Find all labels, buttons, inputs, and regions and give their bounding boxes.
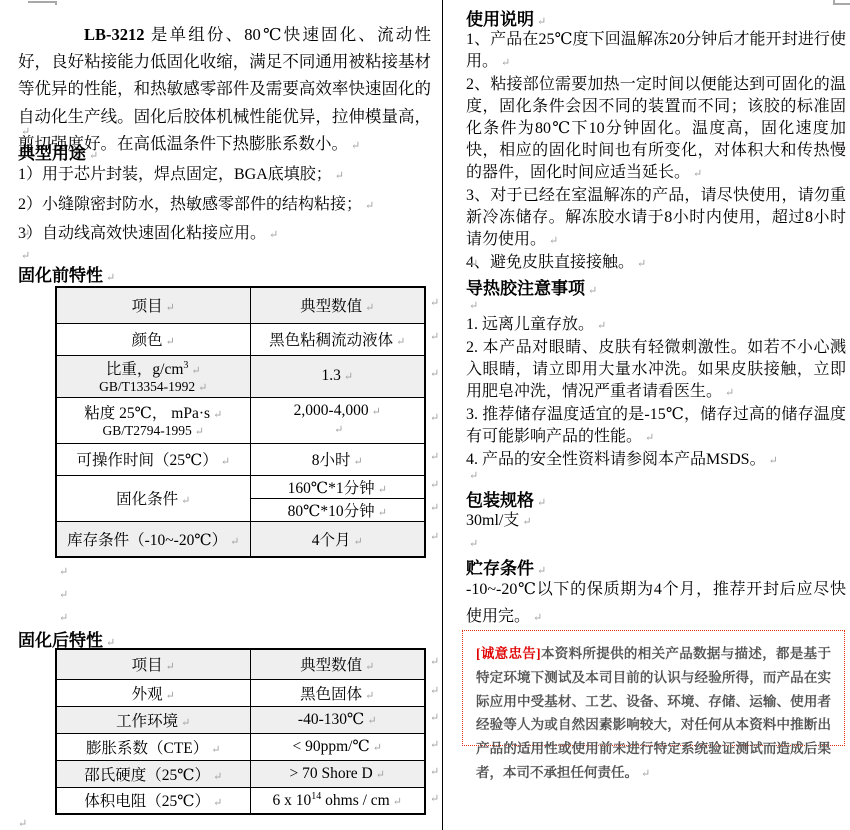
- paragraph-mark: [18, 224, 30, 242]
- list-item: 3、对于已经在室温解冻的产品，请尽快使用，请勿重新冷冻储存。解冻胶水请于8小时内…: [466, 185, 846, 252]
- disclaimer-text: 本资料所提供的相关产品数据与描述，都是基于特定环境下测试及本司目前的认识与经验所…: [476, 646, 831, 780]
- table-row: 工作环境 -40-130℃: [56, 706, 425, 733]
- table-row: 可操作时间（25℃） 8小时: [56, 443, 425, 475]
- list-item: 3）自动线高效快速固化粘接应用。: [18, 220, 431, 250]
- paragraph-mark: [466, 296, 478, 314]
- paragraph-mark: [56, 562, 68, 580]
- cropped-artifact-top-left: [28, 1, 57, 3]
- document-page: LB-3212 是单组份、80℃快速固化、流动性好，良好粘接能力低固化收缩，满足…: [0, 0, 850, 830]
- section-title-precautions: 导热胶注意事项: [466, 274, 597, 299]
- table-row: 外观 黑色固体: [56, 679, 425, 706]
- paragraph-mark: [466, 534, 478, 552]
- paragraph-mark: [466, 466, 478, 484]
- post-cure-table: 项目 典型数值 外观 黑色固体 工作环境 -40-130℃ 膨胀系数（CTE） …: [55, 648, 426, 815]
- table-row: 体积电阻（25℃） 6 x 1014 ohms / cm: [56, 787, 425, 814]
- disclaimer-box: [诚意忠告]本资料所提供的相关产品数据与描述，都是基于特定环境下测试及本司目前的…: [462, 630, 845, 746]
- paragraph-mark: [18, 122, 30, 140]
- paragraph-mark: [56, 608, 68, 626]
- intro-text: 是单组份、80℃快速固化、流动性好，良好粘接能力低固化收缩，满足不同通用被粘接基…: [18, 25, 431, 154]
- list-item: 2）小缝隙密封防水，热敏感零部件的结构粘接；: [18, 191, 431, 221]
- typical-uses-list: 1）用于芯片封装，焊点固定，BGA底填胶； 2）小缝隙密封防水，热敏感零部件的结…: [18, 161, 431, 250]
- table-row: 库存条件（-10~-20℃） 4个月: [56, 521, 425, 557]
- section-title-usage: 使用说明: [466, 5, 546, 30]
- disclaimer-label: [诚意忠告]: [476, 646, 541, 661]
- list-item: 2、粘接部位需要加热一定时间以便能达到可固化的温度，固化条件会因不同的装置而不同…: [466, 74, 846, 185]
- list-item: 2. 本产品对眼睛、皮肤有轻微刺激性。如若不小心溅入眼睛，请立即用大量水冲洗。如…: [466, 337, 846, 404]
- section-title-pre-cure: 固化前特性: [18, 261, 115, 286]
- paragraph-mark: [255, 420, 421, 438]
- storage-text: -10~-20℃以下的保质期为4个月，推荐开封后应尽快使用完。: [466, 576, 846, 632]
- paragraph-mark: [466, 254, 478, 272]
- table-row: 比重，g/cm3 GB/T13354-1992 1.3: [56, 355, 425, 397]
- table-row: 固化条件 160℃*1分钟: [56, 475, 425, 498]
- product-code: LB-3212: [84, 25, 145, 44]
- list-item: 4、避免皮肤直接接触。: [466, 252, 846, 275]
- column-header: 项目: [132, 298, 175, 315]
- paragraph-mark: [56, 585, 68, 603]
- usage-instructions-list: 1、产品在25℃度下回温解冻20分钟后才能开封进行使用。 2、粘接部位需要加热一…: [466, 29, 846, 275]
- table-header-row: 项目 典型数值: [56, 287, 425, 323]
- table-header-row: 项目 典型数值: [56, 649, 425, 679]
- precautions-list: 1. 远离儿童存放。 2. 本产品对眼睛、皮肤有轻微刺激性。如若不小心溅入眼睛，…: [466, 314, 846, 472]
- list-item: 3. 推荐储存温度适宜的是-15℃，储存过高的储存温度有可能影响产品的性能。: [466, 404, 846, 449]
- packaging-value: 30ml/支: [466, 510, 846, 533]
- column-header: 典型数值: [300, 298, 374, 315]
- column-divider: [442, 0, 443, 830]
- table-row: 粘度 25℃， mPa·s GB/T2794-1995 2,000-4,000: [56, 397, 425, 443]
- column-header: 项目: [132, 657, 175, 674]
- paragraph-mark: [15, 814, 27, 830]
- table-row: 颜色 黑色粘稠流动液体: [56, 323, 425, 355]
- list-item: 1、产品在25℃度下回温解冻20分钟后才能开封进行使用。: [466, 29, 846, 74]
- table-row: 膨胀系数（CTE） < 90ppm/℃: [56, 733, 425, 760]
- section-title-packaging: 包装规格: [466, 486, 546, 511]
- cropped-artifact-top-right: [833, 3, 850, 5]
- list-item: 4. 产品的安全性资料请参阅本产品MSDS。: [466, 449, 846, 472]
- column-header: 典型数值: [300, 657, 374, 674]
- table-row: 邵氏硬度（25℃） > 70 Shore D: [56, 760, 425, 787]
- cropped-artifact-top-left-tick: [55, 1, 57, 5]
- cropped-artifact-top-right-tick: [833, 0, 835, 4]
- list-item: 1）用于芯片封装，焊点固定，BGA底填胶；: [18, 161, 431, 191]
- list-item: 1. 远离儿童存放。: [466, 314, 846, 337]
- pre-cure-table: 项目 典型数值 颜色 黑色粘稠流动液体 比重，g/cm3 GB/T13354-1…: [55, 286, 426, 558]
